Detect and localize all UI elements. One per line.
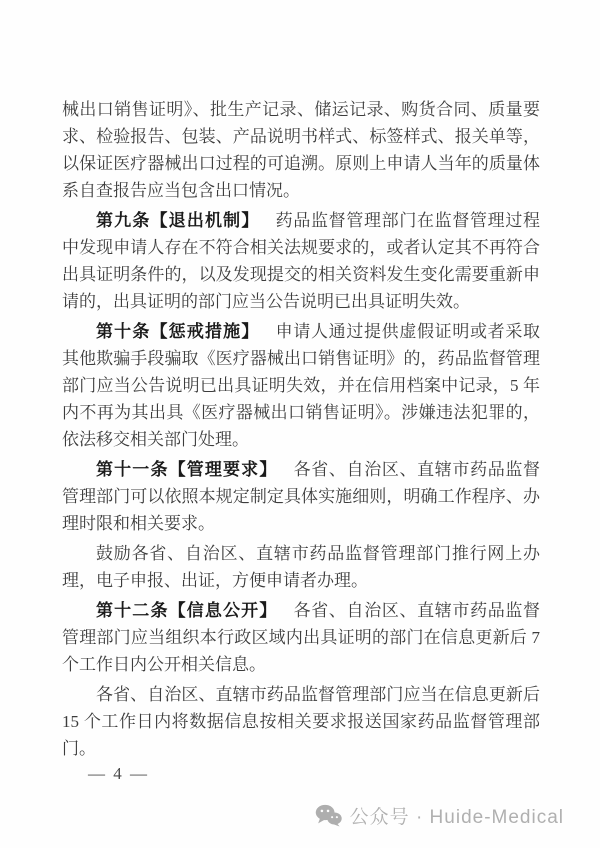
article-heading: 第九条【退出机制】 (96, 211, 260, 230)
paragraph-article-10: 第十条【惩戒措施】申请人通过提供虚假证明或者采取其他欺骗手段骗取《医疗器械出口销… (62, 318, 540, 453)
paragraph-body: 各省、自治区、直辖市药品监督管理部门应当在信息更新后 15 个工作日内将数据信息… (62, 681, 540, 762)
article-heading: 第十条【惩戒措施】 (96, 322, 260, 341)
paragraph-article-12: 第十二条【信息公开】各省、自治区、直辖市药品监督管理部门应当组织本行政区域内出具… (62, 597, 540, 678)
paragraph-continuation: 械出口销售证明》、批生产记录、储运记录、购货合同、质量要求、检验报告、包装、产品… (62, 96, 540, 204)
page-number: — 4 — (88, 764, 149, 784)
watermark-text: 公众号 · Huide-Medical (350, 802, 564, 829)
watermark: 公众号 · Huide-Medical (315, 802, 564, 829)
document-body: 械出口销售证明》、批生产记录、储运记录、购货合同、质量要求、检验报告、包装、产品… (62, 96, 540, 765)
paragraph-body: 鼓励各省、自治区、直辖市药品监督管理部门推行网上办理，电子申报、出证，方便申请者… (62, 540, 540, 594)
paragraph-article-9: 第九条【退出机制】药品监督管理部门在监督管理过程中发现申请人存在不符合相关法规要… (62, 207, 540, 315)
paragraph-text: 鼓励各省、自治区、直辖市药品监督管理部门推行网上办理，电子申报、出证，方便申请者… (62, 544, 540, 590)
article-heading: 第十二条【信息公开】 (96, 601, 277, 620)
paragraph-text: 械出口销售证明》、批生产记录、储运记录、购货合同、质量要求、检验报告、包装、产品… (62, 100, 540, 200)
article-heading: 第十一条【管理要求】 (96, 460, 277, 479)
paragraph-text: 申请人通过提供虚假证明或者采取其他欺骗手段骗取《医疗器械出口销售证明》的，药品监… (62, 322, 540, 449)
paragraph-article-11: 第十一条【管理要求】各省、自治区、直辖市药品监督管理部门可以依照本规定制定具体实… (62, 456, 540, 537)
wechat-icon (315, 804, 342, 827)
document-page: 械出口销售证明》、批生产记录、储运记录、购货合同、质量要求、检验报告、包装、产品… (0, 0, 600, 848)
paragraph-text: 各省、自治区、直辖市药品监督管理部门应当在信息更新后 15 个工作日内将数据信息… (62, 685, 540, 758)
